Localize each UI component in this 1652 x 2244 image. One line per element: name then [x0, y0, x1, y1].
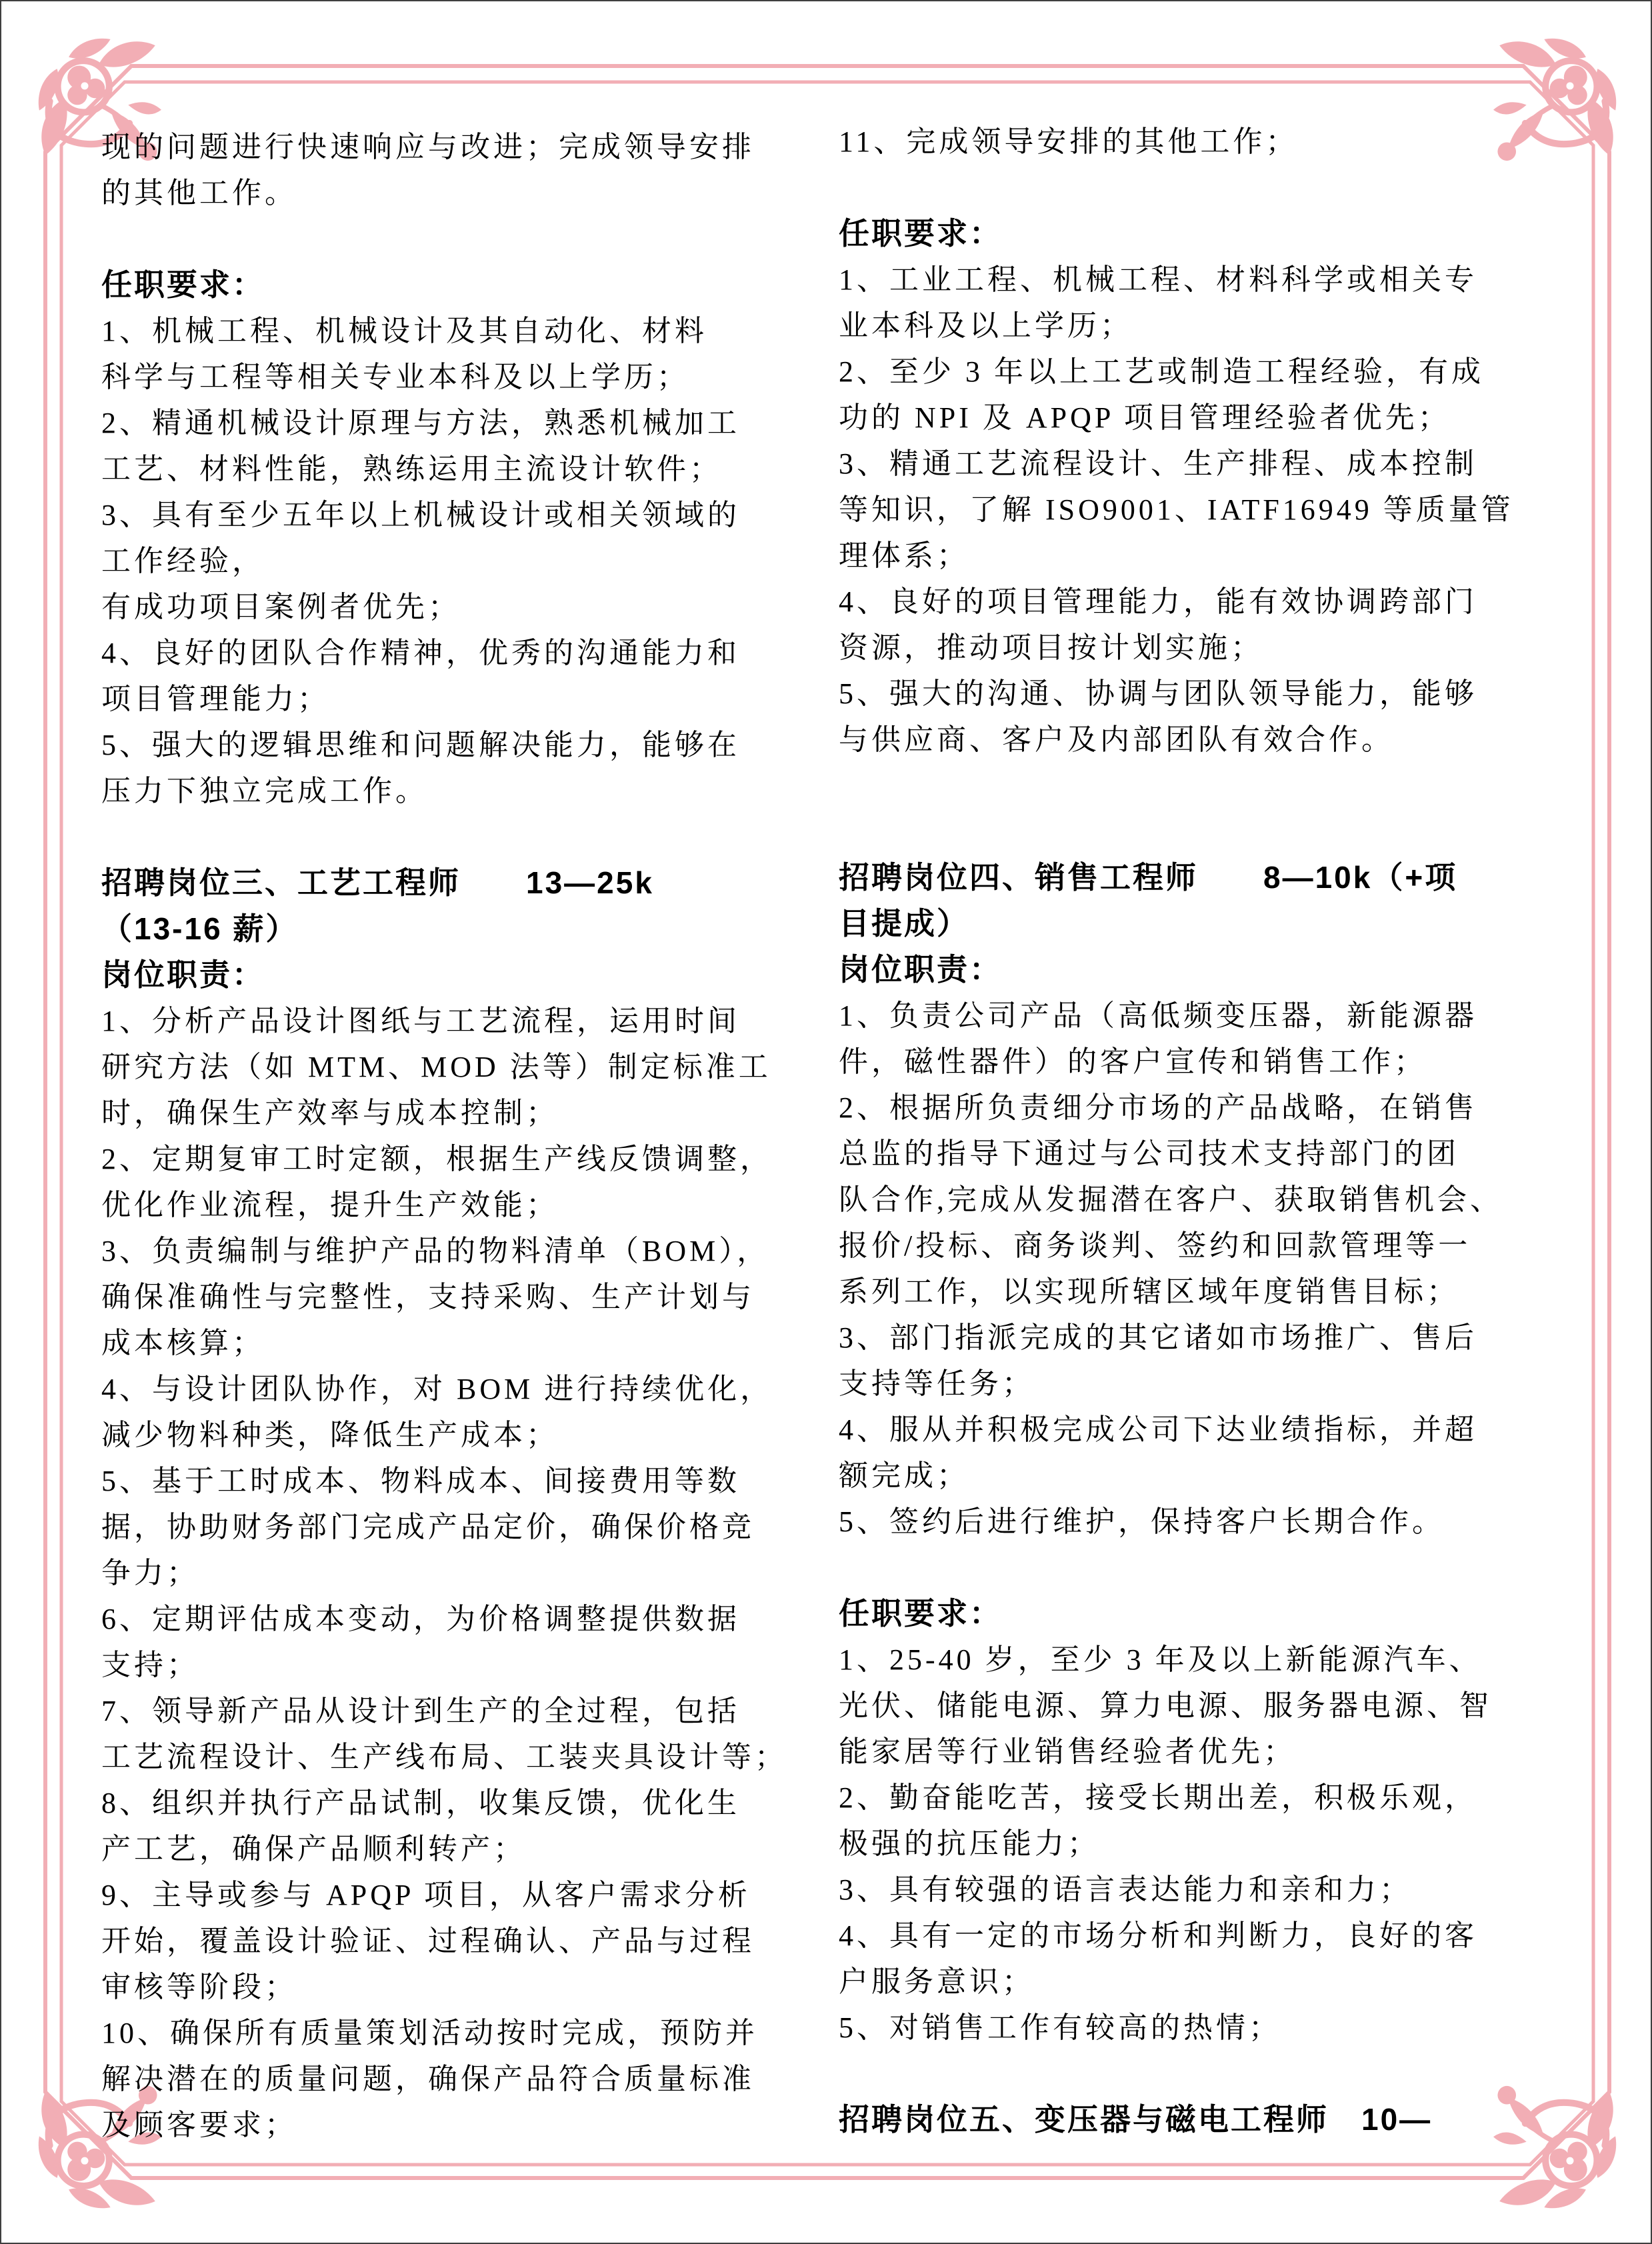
- text-line: 等知识，了解 ISO9001、IATF16949 等质量管: [839, 487, 1555, 533]
- text-line: 2、至少 3 年以上工艺或制造工程经验，有成: [839, 349, 1555, 395]
- text-line: 10、确保所有质量策划活动按时完成，预防并: [101, 2010, 773, 2056]
- text-line: 4、服从并积极完成公司下达业绩指标，并超: [839, 1407, 1555, 1453]
- job-description-paragraph: 1、25-40 岁，至少 3 年及以上新能源汽车、光伏、储能电源、算力电源、服务…: [839, 1637, 1555, 2051]
- text-line: 支持；: [101, 1642, 773, 1688]
- job-description-paragraph: 1、分析产品设计图纸与工艺流程，运用时间研究方法（如 MTM、MOD 法等）制定…: [101, 998, 773, 2148]
- text-line: （13-16 薪）: [101, 906, 773, 952]
- text-line: 1、分析产品设计图纸与工艺流程，运用时间: [101, 998, 773, 1044]
- text-line: 4、与设计团队协作，对 BOM 进行持续优化，: [101, 1366, 773, 1412]
- text-line: 功的 NPI 及 APQP 项目管理经验者优先；: [839, 395, 1555, 441]
- text-line: 6、定期评估成本变动，为价格调整提供数据: [101, 1596, 773, 1642]
- blank-line-spacer: [101, 216, 773, 262]
- text-line: 解决潜在的质量问题，确保产品符合质量标准: [101, 2056, 773, 2102]
- text-line: 支持等任务；: [839, 1361, 1555, 1407]
- text-line: 4、良好的团队合作精神，优秀的沟通能力和: [101, 630, 773, 676]
- text-line: 5、签约后进行维护，保持客户长期合作。: [839, 1499, 1555, 1545]
- text-line: 据，协助财务部门完成产品定价，确保价格竞: [101, 1504, 773, 1550]
- text-line: 确保准确性与完整性，支持采购、生产计划与: [101, 1274, 773, 1320]
- text-line: 任职要求：: [839, 1591, 1555, 1637]
- text-line: 招聘岗位五、变压器与磁电工程师 10—: [839, 2097, 1555, 2143]
- text-line: 产工艺，确保产品顺利转产；: [101, 1826, 773, 1872]
- text-line: 压力下独立完成工作。: [101, 768, 773, 814]
- blank-line-spacer: [101, 814, 773, 860]
- text-line: 审核等阶段；: [101, 1964, 773, 2010]
- text-line: 1、负责公司产品（高低频变压器，新能源器: [839, 993, 1555, 1039]
- text-line: 5、强大的沟通、协调与团队领导能力，能够: [839, 671, 1555, 717]
- text-line: 总监的指导下通过与公司技术支持部门的团: [839, 1131, 1555, 1177]
- text-line: 工作经验，: [101, 538, 773, 584]
- job-section-heading: 招聘岗位四、销售工程师 8—10k（+项目提成）岗位职责：: [839, 855, 1555, 993]
- text-line: 2、根据所负责细分市场的产品战略，在销售: [839, 1085, 1555, 1131]
- text-line: 争力；: [101, 1550, 773, 1596]
- text-line: 4、具有一定的市场分析和判断力，良好的客: [839, 1913, 1555, 1959]
- left-text-column: 现的问题进行快速响应与改进；完成领导安排的其他工作。任职要求：1、机械工程、机械…: [101, 124, 773, 2148]
- text-line: 招聘岗位三、工艺工程师 13—25k: [101, 860, 773, 906]
- job-description-paragraph: 1、工业工程、机械工程、材料科学或相关专业本科及以上学历；2、至少 3 年以上工…: [839, 257, 1555, 763]
- job-description-paragraph: 1、负责公司产品（高低频变压器，新能源器件，磁性器件）的客户宣传和销售工作；2、…: [839, 993, 1555, 1545]
- text-line: 系列工作，以实现所辖区域年度销售目标；: [839, 1269, 1555, 1315]
- text-line: 能家居等行业销售经验者优先；: [839, 1729, 1555, 1775]
- text-line: 额完成；: [839, 1453, 1555, 1499]
- text-line: 工艺、材料性能，熟练运用主流设计软件；: [101, 446, 773, 492]
- text-line: 3、负责编制与维护产品的物料清单（BOM），: [101, 1228, 773, 1274]
- job-section-heading: 任职要求：: [839, 211, 1555, 257]
- text-line: 成本核算；: [101, 1320, 773, 1366]
- text-line: 件，磁性器件）的客户宣传和销售工作；: [839, 1039, 1555, 1085]
- text-line: 任职要求：: [101, 262, 773, 308]
- text-line: 与供应商、客户及内部团队有效合作。: [839, 717, 1555, 763]
- text-line: 户服务意识；: [839, 1959, 1555, 2005]
- text-line: 任职要求：: [839, 211, 1555, 257]
- text-line: 项目管理能力；: [101, 676, 773, 722]
- text-line: 招聘岗位四、销售工程师 8—10k（+项: [839, 855, 1555, 901]
- right-text-column: 11、完成领导安排的其他工作；任职要求：1、工业工程、机械工程、材料科学或相关专…: [839, 119, 1555, 2143]
- blank-line-spacer: [839, 1545, 1555, 1591]
- text-line: 的其他工作。: [101, 170, 773, 216]
- text-line: 5、对销售工作有较高的热情；: [839, 2005, 1555, 2051]
- text-line: 报价/投标、商务谈判、签约和回款管理等一: [839, 1223, 1555, 1269]
- job-section-heading: 任职要求：: [839, 1591, 1555, 1637]
- text-line: 理体系；: [839, 533, 1555, 579]
- job-description-paragraph: 11、完成领导安排的其他工作；: [839, 119, 1555, 165]
- text-line: 7、领导新产品从设计到生产的全过程，包括: [101, 1688, 773, 1734]
- text-line: 8、组织并执行产品试制，收集反馈，优化生: [101, 1780, 773, 1826]
- text-line: 2、定期复审工时定额，根据生产线反馈调整，: [101, 1136, 773, 1182]
- text-line: 4、良好的项目管理能力，能有效协调跨部门: [839, 579, 1555, 625]
- text-line: 及顾客要求；: [101, 2102, 773, 2148]
- job-section-heading: 招聘岗位五、变压器与磁电工程师 10—: [839, 2097, 1555, 2143]
- text-line: 2、精通机械设计原理与方法，熟悉机械加工: [101, 400, 773, 446]
- text-line: 队合作,完成从发掘潜在客户、获取销售机会、: [839, 1177, 1555, 1223]
- text-line: 5、基于工时成本、物料成本、间接费用等数: [101, 1458, 773, 1504]
- blank-line-spacer: [839, 165, 1555, 211]
- text-line: 3、部门指派完成的其它诸如市场推广、售后: [839, 1315, 1555, 1361]
- text-line: 现的问题进行快速响应与改进；完成领导安排: [101, 124, 773, 170]
- text-line: 开始，覆盖设计验证、过程确认、产品与过程: [101, 1918, 773, 1964]
- text-line: 1、工业工程、机械工程、材料科学或相关专: [839, 257, 1555, 303]
- blank-line-spacer: [839, 2051, 1555, 2097]
- text-line: 资源，推动项目按计划实施；: [839, 625, 1555, 671]
- job-section-heading: 招聘岗位三、工艺工程师 13—25k（13-16 薪）岗位职责：: [101, 860, 773, 998]
- text-line: 研究方法（如 MTM、MOD 法等）制定标准工: [101, 1044, 773, 1090]
- text-line: 岗位职责：: [101, 952, 773, 998]
- job-section-heading: 任职要求：: [101, 262, 773, 308]
- text-line: 岗位职责：: [839, 947, 1555, 993]
- text-line: 3、精通工艺流程设计、生产排程、成本控制: [839, 441, 1555, 487]
- text-line: 11、完成领导安排的其他工作；: [839, 119, 1555, 165]
- job-description-paragraph: 现的问题进行快速响应与改进；完成领导安排的其他工作。: [101, 124, 773, 216]
- text-line: 减少物料种类，降低生产成本；: [101, 1412, 773, 1458]
- document-page: 现的问题进行快速响应与改进；完成领导安排的其他工作。任职要求：1、机械工程、机械…: [0, 0, 1652, 2244]
- text-line: 光伏、储能电源、算力电源、服务器电源、智: [839, 1683, 1555, 1729]
- text-line: 5、强大的逻辑思维和问题解决能力，能够在: [101, 722, 773, 768]
- text-line: 时，确保生产效率与成本控制；: [101, 1090, 773, 1136]
- text-line: 1、机械工程、机械设计及其自动化、材料: [101, 308, 773, 354]
- text-line: 优化作业流程，提升生产效能；: [101, 1182, 773, 1228]
- text-line: 业本科及以上学历；: [839, 303, 1555, 349]
- text-line: 9、主导或参与 APQP 项目，从客户需求分析: [101, 1872, 773, 1918]
- text-line: 2、勤奋能吃苦，接受长期出差，积极乐观，: [839, 1775, 1555, 1821]
- blank-line-spacer: [839, 763, 1555, 855]
- job-description-paragraph: 1、机械工程、机械设计及其自动化、材料科学与工程等相关专业本科及以上学历；2、精…: [101, 308, 773, 814]
- text-line: 3、具有较强的语言表达能力和亲和力；: [839, 1867, 1555, 1913]
- text-line: 3、具有至少五年以上机械设计或相关领域的: [101, 492, 773, 538]
- text-line: 1、25-40 岁，至少 3 年及以上新能源汽车、: [839, 1637, 1555, 1683]
- text-line: 目提成）: [839, 901, 1555, 947]
- text-line: 有成功项目案例者优先；: [101, 584, 773, 630]
- text-line: 极强的抗压能力；: [839, 1821, 1555, 1867]
- text-line: 工艺流程设计、生产线布局、工装夹具设计等；: [101, 1734, 773, 1780]
- text-line: 科学与工程等相关专业本科及以上学历；: [101, 354, 773, 400]
